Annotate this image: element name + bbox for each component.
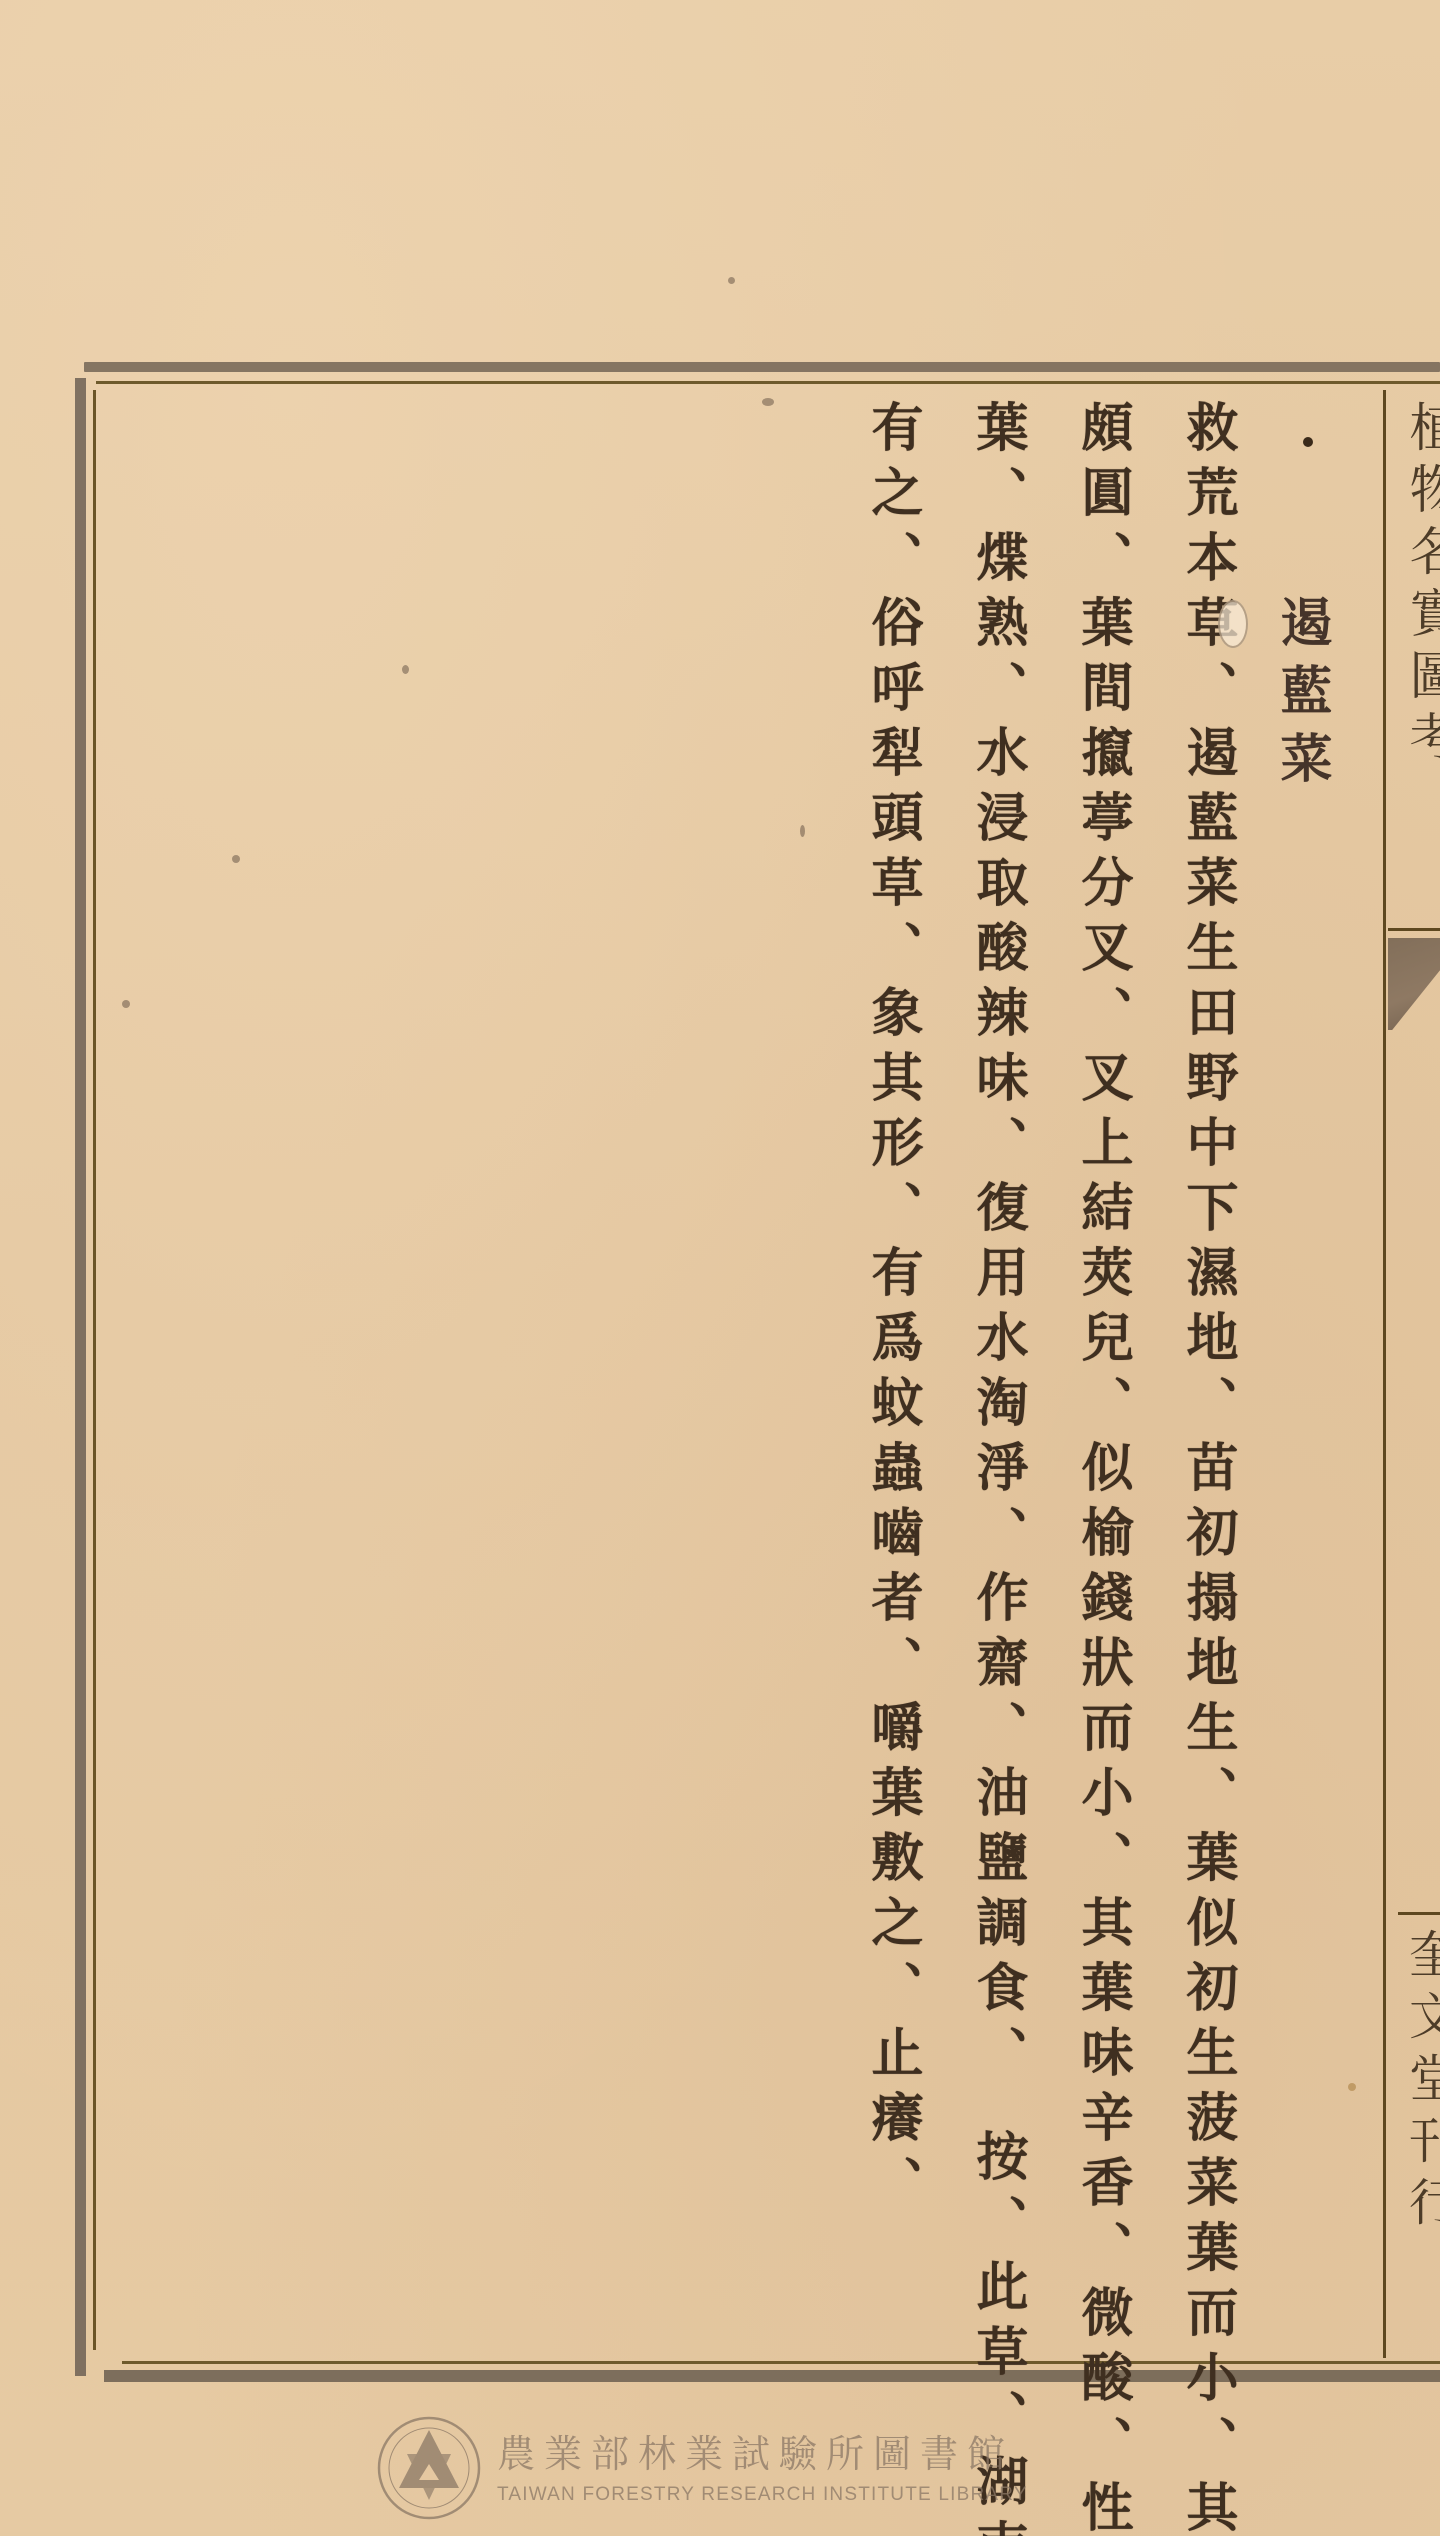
frame-outer-left-border xyxy=(75,378,86,2376)
watermark-text: 農業部林業試驗所圖書館 TAIWAN FORESTRY RESEARCH INS… xyxy=(497,2430,1028,2506)
text-column-3: 葉、煠熟、水浸取酸辣味、復用水淘淨、作齋、油鹽調食、 按、此草、湖南山坡、春時 xyxy=(945,400,1050,2350)
paper-speck xyxy=(762,398,774,406)
spine-divider xyxy=(1398,1912,1440,1915)
spine-publisher: 奎文堂刊行 xyxy=(1400,1928,1440,2238)
frame-inner-bottom-border xyxy=(122,2361,1440,2364)
paper-speck xyxy=(800,825,805,837)
spine-book-title: 植物名實圖考 xyxy=(1400,400,1440,772)
text-column-4: 有之、俗呼犁頭草、象其形、有爲蚊蟲嚙者、嚼葉敷之、止癢、 xyxy=(840,400,945,2350)
triangle-emblem-icon xyxy=(375,2414,483,2522)
watermark-name-en: TAIWAN FORESTRY RESEARCH INSTITUTE LIBRA… xyxy=(497,2484,1028,2506)
fish-tail-mark-icon xyxy=(1388,938,1440,1030)
frame-inner-left-border xyxy=(93,390,96,2350)
frame-inner-top-border xyxy=(96,381,1440,384)
fish-tail-rule xyxy=(1388,928,1440,931)
frame-outer-top-border xyxy=(84,362,1440,372)
library-watermark: 農業部林業試驗所圖書館 TAIWAN FORESTRY RESEARCH INS… xyxy=(375,2410,1075,2526)
paper-speck xyxy=(402,665,409,674)
paper-speck xyxy=(1348,2083,1356,2091)
entry-body: 救荒本草、遏藍菜生田野中下濕地、苗初搨地生、葉似初生菠菜葉而小、其頭 頗圓、葉間… xyxy=(840,400,1260,2350)
text-column-2: 頗圓、葉間攛葶分叉、叉上結莢兒、似榆錢狀而小、其葉味辛香、微酸、性微溫、採 xyxy=(1050,400,1155,2350)
text-column-1: 救荒本草、遏藍菜生田野中下濕地、苗初搨地生、葉似初生菠菜葉而小、其頭 xyxy=(1155,400,1260,2350)
watermark-name-zh: 農業部林業試驗所圖書館 xyxy=(497,2430,1028,2478)
paper-stain xyxy=(1218,600,1248,648)
spine-fold-line xyxy=(1383,390,1386,2358)
frame-outer-bottom-border xyxy=(104,2370,1440,2382)
paper-speck xyxy=(728,277,735,284)
heading-dot-marker xyxy=(1303,437,1313,447)
paper-speck xyxy=(122,1000,130,1008)
entry-heading: 遏藍菜 xyxy=(1264,595,1339,799)
paper-speck xyxy=(232,855,240,863)
